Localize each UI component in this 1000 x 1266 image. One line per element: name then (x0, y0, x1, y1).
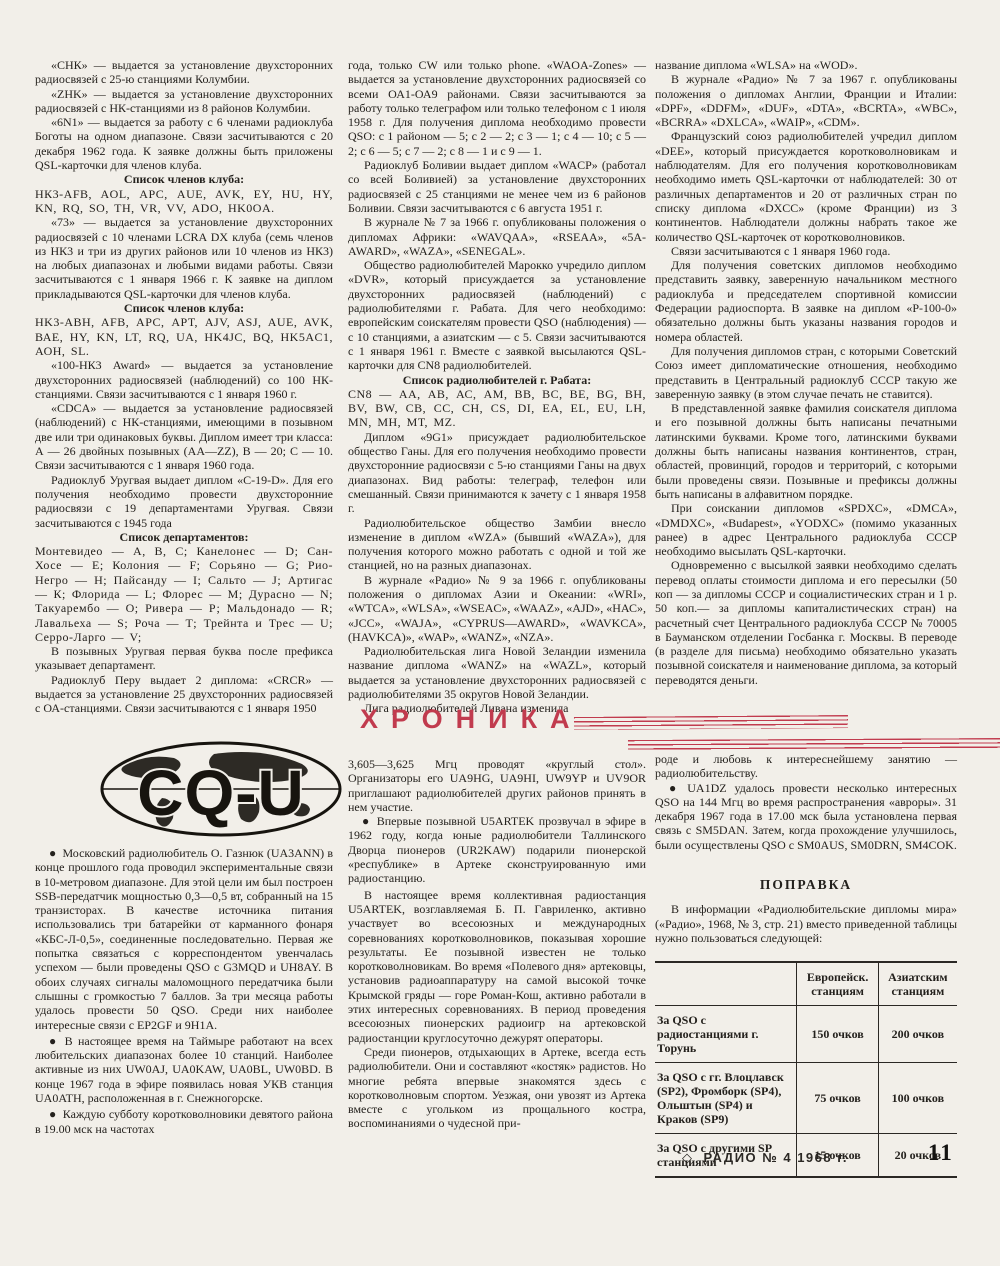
paragraph: Связи засчитываются с 1 января 1960 года… (655, 244, 957, 258)
chronicle-item: ● Каждую субботу коротковолновики девято… (35, 1107, 333, 1136)
red-rule-right (628, 738, 1000, 752)
department-list: Монтевидео — А, В, С; Канелонес — D; Сан… (35, 544, 333, 644)
col-header-asian: Азиатским станциям (878, 962, 957, 1006)
page-number: 11 (928, 1140, 954, 1166)
diamond-icon: ◇ (682, 1150, 694, 1165)
magazine-page: «СНК» — выдается за установление двухсто… (0, 0, 1000, 1266)
section-heading: Список членов клуба: (35, 301, 333, 315)
section-heading: Список радиолюбителей г. Рабата: (348, 373, 646, 387)
correction-intro: В информации «Радиолюбительские дипломы … (655, 902, 957, 945)
paragraph: В позывных Уругвая первая буква после пр… (35, 644, 333, 673)
points-cell: 75 очков (797, 1063, 878, 1134)
chronicle-title: ХРОНИКА (360, 704, 583, 735)
section-heading: Список членов клуба: (35, 172, 333, 186)
paragraph: В представленной заявке фамилия соискате… (655, 401, 957, 501)
chronicle-left-column: ● Московский радиолюбитель О. Газнюк (UA… (35, 846, 333, 1138)
paragraph: В журнале «Радио» № 7 за 1967 г. опублик… (655, 72, 957, 129)
paragraph: Французский союз радиолюбителей учредил … (655, 129, 957, 243)
paragraph: Радиолюбительская лига Новой Зеландии из… (348, 644, 646, 701)
chronicle-right-column: роде и любовь к интереснейшему занятию —… (655, 752, 957, 1178)
top-left-column: «СНК» — выдается за установление двухсто… (35, 58, 333, 716)
cq-u-logo: CQ-U (96, 740, 346, 840)
chronicle-item: ● В настоящее время на Таймыре работают … (35, 1034, 333, 1105)
red-rule-left (574, 715, 848, 730)
points-cell: 150 очков (797, 1006, 878, 1063)
section-heading: Список департаментов: (35, 530, 333, 544)
paragraph: «6N1» — выдается за работу с 6 членами р… (35, 115, 333, 172)
callsign-list: CN8 — АА, АВ, АС, AM, ВВ, ВС, BE, BG, ВН… (348, 387, 646, 430)
paragraph: «CDCA» — выдается за установление радиос… (35, 401, 333, 472)
chronicle-item: 3,605—3,625 Мгц проводят «круглый стол».… (348, 757, 646, 814)
points-cell: 200 очков (878, 1006, 957, 1063)
paragraph: «СНК» — выдается за установление двухсто… (35, 58, 333, 87)
chronicle-item: ● Впервые позывной U5ARTEK прозвучал в э… (348, 814, 646, 885)
table-row: За QSO с гг. Влоцлавск (SP2), Фромборк (… (655, 1063, 957, 1134)
paragraph: Одновременно с высылкой заявки необходим… (655, 558, 957, 687)
chronicle-item: В настоящее время коллективная радиостан… (348, 888, 646, 1045)
callsign-list: НК3-AFB, AOL, АРС, AUE, AVK, EY, HU, HY,… (35, 187, 333, 216)
paragraph: Общество радиолюбителей Марокко учредило… (348, 258, 646, 372)
paragraph: Диплом «9G1» присуждает радиолюбительско… (348, 430, 646, 516)
paragraph: «73» — выдается за установление двухстор… (35, 215, 333, 301)
chronicle-middle-column: 3,605—3,625 Мгц проводят «круглый стол».… (348, 757, 646, 1131)
paragraph: название диплома «WLSA» на «WOD». (655, 58, 957, 72)
callsign-list: HK3-ABH, AFB, АРС, АРТ, AJV, ASJ, AUE, A… (35, 315, 333, 358)
correction-table: Европейск. станциям Азиатским станциям З… (655, 961, 957, 1178)
chronicle-item: ● UA1DZ удалось провести несколько интер… (655, 781, 957, 852)
paragraph: Радиолюбительское общество Замбии внесло… (348, 516, 646, 573)
footer-journal-line: ◇РАДИО № 4 1968 г. (640, 1150, 890, 1166)
top-middle-column: года, только CW или только phone. «WAOA-… (348, 58, 646, 716)
globe-icon: CQ-U (96, 740, 346, 840)
paragraph: «ZHK» — выдается за установление двухсто… (35, 87, 333, 116)
paragraph: Радиоклуб Перу выдает 2 диплома: «CRCR» … (35, 673, 333, 716)
paragraph: В журнале № 7 за 1966 г. опубликованы по… (348, 215, 646, 258)
empty-header-cell (655, 962, 797, 1006)
chronicle-item: Среди пионеров, отдыхающих в Артеке, все… (348, 1045, 646, 1131)
top-right-column: название диплома «WLSA» на «WOD». В журн… (655, 58, 957, 687)
table-row: За QSO с радиостанциями г. Торунь 150 оч… (655, 1006, 957, 1063)
paragraph: Для получения дипломов стран, с которыми… (655, 344, 957, 401)
logo-text: CQ-U (137, 757, 305, 829)
col-header-european: Европейск. станциям (797, 962, 878, 1006)
paragraph: Радиоклуб Боливии выдает диплом «WACP» (… (348, 158, 646, 215)
chronicle-item: роде и любовь к интереснейшему занятию —… (655, 752, 957, 781)
table-header-row: Европейск. станциям Азиатским станциям (655, 962, 957, 1006)
paragraph: года, только CW или только phone. «WAOA-… (348, 58, 646, 158)
paragraph: При соискании дипломов «SPDXC», «DMCA», … (655, 501, 957, 558)
row-label: За QSO с радиостанциями г. Торунь (655, 1006, 797, 1063)
row-label: За QSO с гг. Влоцлавск (SP2), Фромборк (… (655, 1063, 797, 1134)
paragraph: Для получения советских дипломов необход… (655, 258, 957, 344)
paragraph: «100-НК3 Award» — выдается за установлен… (35, 358, 333, 401)
paragraph: В журнале «Радио» № 9 за 1966 г. опублик… (348, 573, 646, 644)
paragraph: Радиоклуб Уругвая выдает диплом «C-19-D»… (35, 473, 333, 530)
correction-title: ПОПРАВКА (655, 878, 957, 892)
journal-issue-text: РАДИО № 4 1968 г. (704, 1150, 848, 1165)
points-cell: 100 очков (878, 1063, 957, 1134)
chronicle-item: ● Московский радиолюбитель О. Газнюк (UA… (35, 846, 333, 1032)
